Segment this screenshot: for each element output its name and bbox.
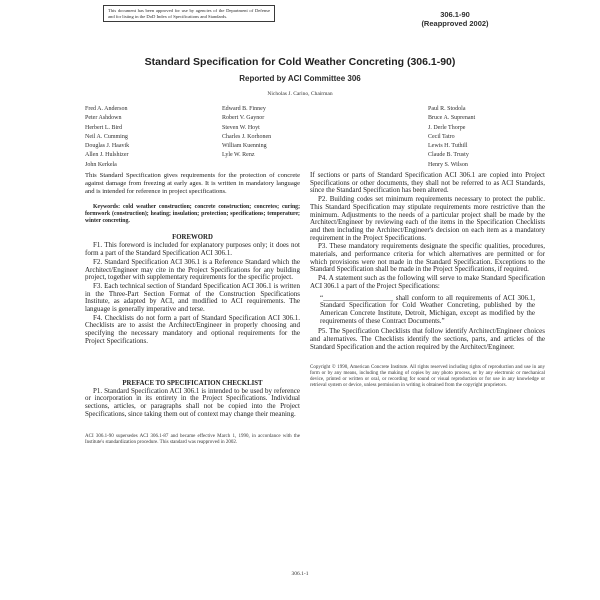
member-name: Allen J. Hulshizer bbox=[85, 151, 220, 160]
synopsis-paragraph: This Standard Specification gives requir… bbox=[85, 172, 300, 196]
document-id: 306.1-90 (Reapproved 2002) bbox=[385, 10, 525, 28]
member-name: Robert V. Gaynor bbox=[222, 114, 357, 123]
paragraph-p3: P3. These mandatory requirements designa… bbox=[310, 243, 545, 274]
member-name: J. Derle Thorpe bbox=[428, 124, 548, 133]
members-column-2: Edward B. Finney Robert V. Gaynor Steven… bbox=[222, 105, 357, 161]
member-name: John Kerkela bbox=[85, 161, 220, 170]
scanned-document: This document has been approved for use … bbox=[0, 0, 600, 600]
paragraph-p1: P1. Standard Specification ACI 306.1 is … bbox=[85, 388, 300, 419]
member-name: Edward B. Finney bbox=[222, 105, 357, 114]
document-reapproved: (Reapproved 2002) bbox=[385, 19, 525, 28]
member-name: William Kuenning bbox=[222, 142, 357, 151]
left-column: This Standard Specification gives requir… bbox=[85, 172, 300, 446]
document-number: 306.1-90 bbox=[385, 10, 525, 19]
right-column: If sections or parts of Standard Specifi… bbox=[310, 172, 545, 446]
paragraph-p2: P2. Building codes set minimum requireme… bbox=[310, 196, 545, 242]
reported-by-line: Reported by ACI Committee 306 bbox=[40, 74, 560, 83]
page-title: Standard Specification for Cold Weather … bbox=[40, 56, 560, 68]
dod-approval-note: This document has been approved for use … bbox=[103, 5, 275, 22]
members-column-1: Fred A. Anderson Peter Ashdown Herbert L… bbox=[85, 105, 220, 170]
page-number: 306.1-1 bbox=[0, 571, 600, 577]
chairman-line: Nicholas J. Carino, Chairman bbox=[40, 91, 560, 97]
body-columns: This Standard Specification gives requir… bbox=[85, 172, 545, 446]
member-name: Henry S. Wilson bbox=[428, 161, 548, 170]
members-column-3: Paul R. Stodola Bruce A. Suprenant J. De… bbox=[428, 105, 548, 170]
member-name: Lewis H. Tuthill bbox=[428, 142, 548, 151]
paragraph-f2: F2. Standard Specification ACI 306.1 is … bbox=[85, 259, 300, 282]
paragraph-p5: P5. The Specification Checklists that fo… bbox=[310, 328, 545, 351]
member-name: Herbert L. Bird bbox=[85, 124, 220, 133]
paragraph-p1-continued: If sections or parts of Standard Specifi… bbox=[310, 172, 545, 195]
member-name: Lyle W. Renz bbox=[222, 151, 357, 160]
specification-quote: “____________________ shall conform to a… bbox=[320, 295, 535, 326]
paragraph-f3: F3. Each technical section of Standard S… bbox=[85, 283, 300, 314]
member-name: Paul R. Stodola bbox=[428, 105, 548, 114]
paragraph-p4: P4. A statement such as the following wi… bbox=[310, 275, 545, 290]
member-name: Neil A. Cumming bbox=[85, 133, 220, 142]
member-name: Charles J. Korhonen bbox=[222, 133, 357, 142]
document-page: This document has been approved for use … bbox=[0, 0, 600, 600]
keywords-paragraph: Keywords: cold weather construction; con… bbox=[85, 204, 300, 224]
copyright-footnote: Copyright © 1990, American Concrete Inst… bbox=[310, 365, 545, 388]
member-name: Douglas J. Haavik bbox=[85, 142, 220, 151]
member-name: Claude B. Trusty bbox=[428, 151, 548, 160]
member-name: Cecil Tatro bbox=[428, 133, 548, 142]
paragraph-f4: F4. Checklists do not form a part of Sta… bbox=[85, 315, 300, 346]
paragraph-f1: F1. This foreword is included for explan… bbox=[85, 242, 300, 257]
member-name: Bruce A. Suprenant bbox=[428, 114, 548, 123]
member-name: Fred A. Anderson bbox=[85, 105, 220, 114]
effective-date-footnote: ACI 306.1-90 supersedes ACI 306.1-87 and… bbox=[85, 434, 300, 446]
member-name: Peter Ashdown bbox=[85, 114, 220, 123]
member-name: Steven W. Hoyt bbox=[222, 124, 357, 133]
